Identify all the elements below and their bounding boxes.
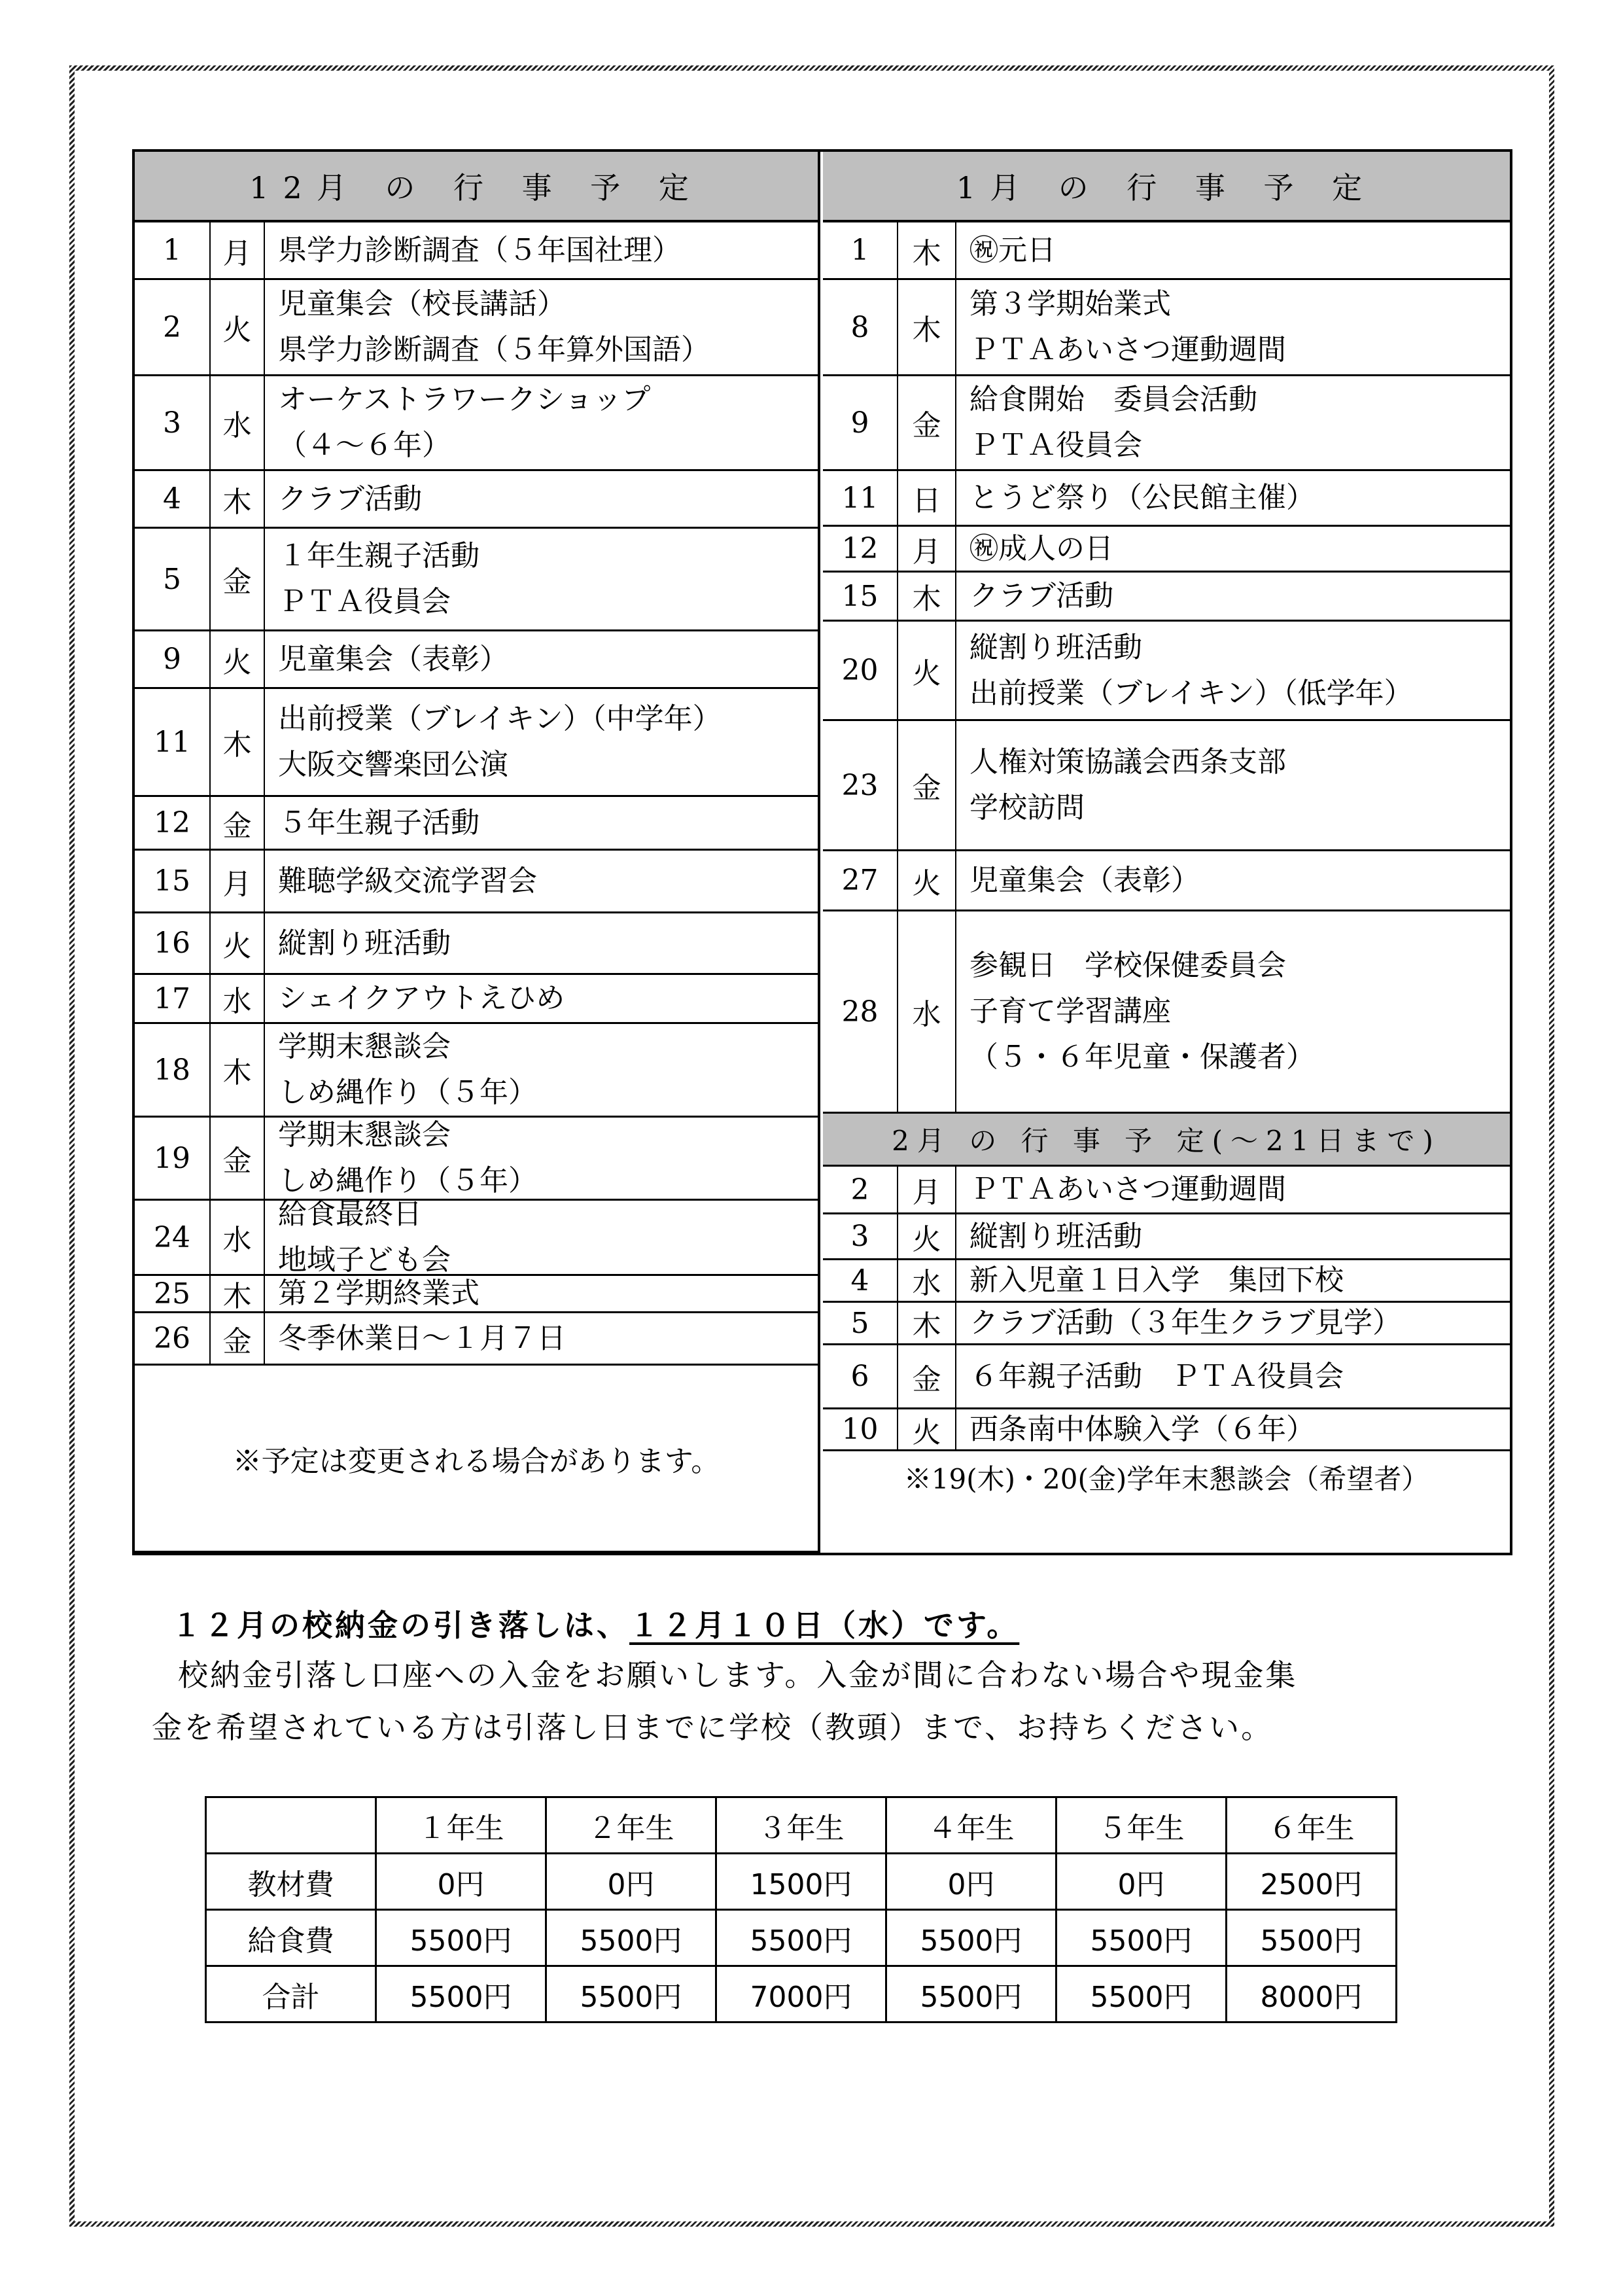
event-lines: 人権対策協議会西条支部学校訪問 bbox=[969, 739, 1286, 831]
event-description: 冬季休業日～１月７日 bbox=[265, 1313, 820, 1366]
event-weekday: 木 bbox=[211, 471, 265, 529]
event-lines: 第３学期始業式ＰＴＡあいさつ運動週間 bbox=[969, 281, 1286, 373]
event-line: ＰＴＡ役員会 bbox=[969, 423, 1257, 468]
event-lines: 給食最終日地域子ども会 bbox=[278, 1192, 451, 1283]
event-line: 児童集会（表彰） bbox=[969, 858, 1200, 904]
fee-cell: 5500円 bbox=[376, 1966, 546, 2022]
event-weekday: 火 bbox=[211, 631, 265, 689]
event-description: シェイクアウトえひめ bbox=[265, 975, 820, 1024]
event-line: 参観日 学校保健委員会 bbox=[969, 943, 1315, 989]
fee-cell: 1500円 bbox=[716, 1854, 886, 1910]
event-weekday: 日 bbox=[898, 471, 956, 527]
event-day: 19 bbox=[135, 1118, 211, 1201]
event-line: しめ縄作り（５年） bbox=[278, 1070, 537, 1116]
event-lines: 児童集会（表彰） bbox=[278, 637, 508, 682]
event-description: 縦割り班活動 bbox=[956, 1214, 1510, 1260]
event-line: 難聴学級交流学習会 bbox=[278, 858, 537, 904]
event-weekday: 月 bbox=[898, 1167, 956, 1214]
event-line: （５・６年児童・保護者） bbox=[969, 1034, 1315, 1080]
fee-row-materials: 教材費 0円 0円 1500円 0円 0円 2500円 bbox=[206, 1854, 1397, 1910]
event-day: 3 bbox=[823, 1214, 898, 1260]
event-description: ㊗成人の日 bbox=[956, 527, 1510, 573]
event-line: ＰＴＡ役員会 bbox=[278, 579, 480, 625]
event-day: 1 bbox=[823, 222, 898, 280]
event-day: 6 bbox=[823, 1345, 898, 1409]
event-description: 参観日 学校保健委員会子育て学習講座（５・６年児童・保護者） bbox=[956, 911, 1510, 1114]
fee-cell: 5500円 bbox=[886, 1966, 1056, 2022]
event-weekday: 月 bbox=[211, 851, 265, 913]
event-weekday: 木 bbox=[898, 573, 956, 622]
event-line: ＰＴＡあいさつ運動週間 bbox=[969, 1167, 1286, 1212]
event-day: 5 bbox=[823, 1303, 898, 1345]
event-lines: クラブ活動（３年生クラブ見学） bbox=[969, 1300, 1401, 1346]
event-day: 10 bbox=[823, 1409, 898, 1451]
event-weekday: 火 bbox=[898, 1409, 956, 1451]
fee-row-total: 合計 5500円 5500円 7000円 5500円 5500円 8000円 bbox=[206, 1966, 1397, 2022]
event-description: ６年親子活動 ＰＴＡ役員会 bbox=[956, 1345, 1510, 1409]
event-weekday: 木 bbox=[211, 1024, 265, 1118]
event-weekday: 木 bbox=[898, 280, 956, 376]
event-line: ㊗成人の日 bbox=[969, 526, 1113, 572]
event-line: 児童集会（表彰） bbox=[278, 637, 508, 682]
event-weekday: 木 bbox=[898, 222, 956, 280]
event-day: 9 bbox=[135, 631, 211, 689]
event-lines: 給食開始 委員会活動ＰＴＡ役員会 bbox=[969, 377, 1257, 468]
fee-header-grade-3: ３年生 bbox=[716, 1797, 886, 1854]
event-lines: 出前授業（ブレイキン）（中学年）大阪交響楽団公演 bbox=[278, 696, 722, 788]
event-line: 給食開始 委員会活動 bbox=[969, 377, 1257, 423]
event-weekday: 金 bbox=[898, 721, 956, 851]
event-lines: 新入児童１日入学 集団下校 bbox=[969, 1258, 1344, 1303]
event-lines: 参観日 学校保健委員会子育て学習講座（５・６年児童・保護者） bbox=[969, 943, 1315, 1080]
event-lines: ㊗元日 bbox=[969, 228, 1056, 274]
event-day: 18 bbox=[135, 1024, 211, 1118]
december-note: ※予定は変更される場合があります。 bbox=[135, 1366, 820, 1553]
event-line: 人権対策協議会西条支部 bbox=[969, 739, 1286, 785]
event-day: 20 bbox=[823, 622, 898, 721]
event-lines: １年生親子活動ＰＴＡ役員会 bbox=[278, 533, 480, 625]
event-line: 学期末懇談会 bbox=[278, 1024, 537, 1070]
event-description: 第２学期終業式 bbox=[265, 1276, 820, 1313]
event-day: 27 bbox=[823, 851, 898, 911]
event-weekday: 水 bbox=[211, 1201, 265, 1276]
event-description: 児童集会（表彰） bbox=[265, 631, 820, 689]
event-day: 11 bbox=[823, 471, 898, 527]
event-description: クラブ活動 bbox=[265, 471, 820, 529]
payment-paragraph-line-1: 校納金引落し口座への入金をお願いします。入金が間に合わない場合や現金集 bbox=[152, 1649, 1447, 1701]
event-day: 8 bbox=[823, 280, 898, 376]
event-description: 第３学期始業式ＰＴＡあいさつ運動週間 bbox=[956, 280, 1510, 376]
fee-header-grade-2: ２年生 bbox=[546, 1797, 716, 1854]
event-line: ５年生親子活動 bbox=[278, 800, 480, 846]
event-weekday: 水 bbox=[211, 975, 265, 1024]
fee-header-row: １年生 ２年生 ３年生 ４年生 ５年生 ６年生 bbox=[206, 1797, 1397, 1854]
fee-cell: 5500円 bbox=[716, 1910, 886, 1966]
event-weekday: 木 bbox=[211, 689, 265, 797]
event-line: 第２学期終業式 bbox=[278, 1271, 480, 1316]
event-day: 12 bbox=[823, 527, 898, 573]
event-line: 子育て学習講座 bbox=[969, 989, 1315, 1034]
fee-cell: 5500円 bbox=[376, 1910, 546, 1966]
event-lines: ５年生親子活動 bbox=[278, 800, 480, 846]
event-weekday: 水 bbox=[898, 1260, 956, 1303]
event-lines: 県学力診断調査（５年国社理） bbox=[278, 228, 681, 274]
event-weekday: 金 bbox=[898, 1345, 956, 1409]
event-description: 西条南中体験入学（６年） bbox=[956, 1409, 1510, 1451]
event-description: ㊗元日 bbox=[956, 222, 1510, 280]
fee-header-grade-1: １年生 bbox=[376, 1797, 546, 1854]
february-note: ※19(木)・20(金)学年末懇談会（希望者） bbox=[823, 1451, 1510, 1553]
fee-cell: 8000円 bbox=[1227, 1966, 1397, 2022]
event-lines: 学期末懇談会しめ縄作り（５年） bbox=[278, 1024, 537, 1116]
fee-cell: 5500円 bbox=[886, 1910, 1056, 1966]
event-line: 大阪交響楽団公演 bbox=[278, 742, 722, 788]
event-description: 児童集会（校長講話）県学力診断調査（５年算外国語） bbox=[265, 280, 820, 376]
event-day: 16 bbox=[135, 913, 211, 975]
event-day: 9 bbox=[823, 376, 898, 471]
event-day: 24 bbox=[135, 1201, 211, 1276]
event-weekday: 月 bbox=[211, 222, 265, 280]
event-line: 出前授業（ブレイキン）（低学年） bbox=[969, 671, 1413, 716]
fee-cell: 0円 bbox=[546, 1854, 716, 1910]
fee-cell: 5500円 bbox=[1227, 1910, 1397, 1966]
event-line: 縦割り班活動 bbox=[969, 625, 1413, 671]
event-weekday: 火 bbox=[898, 851, 956, 911]
event-lines: ６年親子活動 ＰＴＡ役員会 bbox=[969, 1354, 1344, 1400]
event-line: 学校訪問 bbox=[969, 785, 1286, 831]
event-description: オーケストラワークショップ（４～６年） bbox=[265, 376, 820, 471]
event-lines: オーケストラワークショップ（４～６年） bbox=[278, 377, 650, 468]
event-line: （４～６年） bbox=[278, 423, 650, 468]
fee-cell: 5500円 bbox=[546, 1966, 716, 2022]
event-lines: 冬季休業日～１月７日 bbox=[278, 1316, 566, 1362]
event-day: 11 bbox=[135, 689, 211, 797]
event-weekday: 木 bbox=[211, 1276, 265, 1313]
event-line: 学期末懇談会 bbox=[278, 1112, 537, 1158]
event-day: 12 bbox=[135, 797, 211, 851]
payment-due-date: １２月１０日（水）です。 bbox=[629, 1608, 1019, 1643]
event-weekday: 木 bbox=[898, 1303, 956, 1345]
event-line: 西条南中体験入学（６年） bbox=[969, 1407, 1315, 1453]
december-header: 12月 の 行 事 予 定 bbox=[135, 152, 820, 222]
event-weekday: 火 bbox=[211, 913, 265, 975]
event-day: 4 bbox=[823, 1260, 898, 1303]
fee-cell: 5500円 bbox=[1056, 1910, 1227, 1966]
event-description: 児童集会（表彰） bbox=[956, 851, 1510, 911]
event-day: 28 bbox=[823, 911, 898, 1114]
event-day: 17 bbox=[135, 975, 211, 1024]
event-description: １年生親子活動ＰＴＡ役員会 bbox=[265, 529, 820, 631]
event-lines: 第２学期終業式 bbox=[278, 1271, 480, 1316]
event-line: クラブ活動 bbox=[969, 573, 1113, 619]
event-line: 児童集会（校長講話） bbox=[278, 281, 710, 327]
event-day: 23 bbox=[823, 721, 898, 851]
event-weekday: 火 bbox=[211, 280, 265, 376]
fee-row-lunch: 給食費 5500円 5500円 5500円 5500円 5500円 5500円 bbox=[206, 1910, 1397, 1966]
event-description: 給食開始 委員会活動ＰＴＡ役員会 bbox=[956, 376, 1510, 471]
event-day: 3 bbox=[135, 376, 211, 471]
event-description: 給食最終日地域子ども会 bbox=[265, 1201, 820, 1276]
event-day: 1 bbox=[135, 222, 211, 280]
event-line: ＰＴＡあいさつ運動週間 bbox=[969, 327, 1286, 373]
event-lines: 児童集会（表彰） bbox=[969, 858, 1200, 904]
event-line: 縦割り班活動 bbox=[969, 1214, 1142, 1260]
event-description: クラブ活動 bbox=[956, 573, 1510, 622]
event-weekday: 金 bbox=[898, 376, 956, 471]
event-schedule-table: 12月 の 行 事 予 定1月 の 行 事 予 定1月県学力診断調査（５年国社理… bbox=[132, 149, 1512, 1555]
january-header: 1月 の 行 事 予 定 bbox=[823, 152, 1510, 222]
event-day: 5 bbox=[135, 529, 211, 631]
event-line: ㊗元日 bbox=[969, 228, 1056, 274]
fee-cell: 2500円 bbox=[1227, 1854, 1397, 1910]
event-lines: クラブ活動 bbox=[969, 573, 1113, 619]
event-line: とうど祭り（公民館主催） bbox=[969, 475, 1315, 521]
event-description: クラブ活動（３年生クラブ見学） bbox=[956, 1303, 1510, 1345]
event-day: 15 bbox=[823, 573, 898, 622]
event-lines: クラブ活動 bbox=[278, 476, 422, 522]
event-description: ＰＴＡあいさつ運動週間 bbox=[956, 1167, 1510, 1214]
event-line: オーケストラワークショップ bbox=[278, 377, 650, 423]
event-day: 2 bbox=[135, 280, 211, 376]
event-lines: とうど祭り（公民館主催） bbox=[969, 475, 1315, 521]
fee-header-corner bbox=[206, 1797, 376, 1854]
event-lines: シェイクアウトえひめ bbox=[278, 976, 565, 1021]
event-line: シェイクアウトえひめ bbox=[278, 976, 565, 1021]
event-lines: ㊗成人の日 bbox=[969, 526, 1113, 572]
payment-heading: １２月の校納金の引き落しは、１２月１０日（水）です。 bbox=[171, 1602, 1019, 1645]
event-weekday: 金 bbox=[211, 1118, 265, 1201]
event-description: 学期末懇談会しめ縄作り（５年） bbox=[265, 1118, 820, 1201]
event-lines: ＰＴＡあいさつ運動週間 bbox=[969, 1167, 1286, 1212]
event-lines: 難聴学級交流学習会 bbox=[278, 858, 537, 904]
event-weekday: 金 bbox=[211, 1313, 265, 1366]
event-line: １年生親子活動 bbox=[278, 533, 480, 579]
event-weekday: 水 bbox=[898, 911, 956, 1114]
event-line: 新入児童１日入学 集団下校 bbox=[969, 1258, 1344, 1303]
event-weekday: 火 bbox=[898, 622, 956, 721]
fee-table: １年生 ２年生 ３年生 ４年生 ５年生 ６年生 教材費 0円 0円 1500円 … bbox=[205, 1796, 1397, 2023]
event-description: 学期末懇談会しめ縄作り（５年） bbox=[265, 1024, 820, 1118]
event-line: クラブ活動（３年生クラブ見学） bbox=[969, 1300, 1401, 1346]
event-weekday: 火 bbox=[898, 1214, 956, 1260]
fee-header-grade-5: ５年生 bbox=[1056, 1797, 1227, 1854]
event-description: 県学力診断調査（５年国社理） bbox=[265, 222, 820, 280]
fee-header-grade-4: ４年生 bbox=[886, 1797, 1056, 1854]
february-header: 2月 の 行 事 予 定(～21日まで) bbox=[823, 1114, 1510, 1167]
event-weekday: 水 bbox=[211, 376, 265, 471]
fee-cell: 5500円 bbox=[1056, 1966, 1227, 2022]
event-line: 冬季休業日～１月７日 bbox=[278, 1316, 566, 1362]
fee-cell: 0円 bbox=[886, 1854, 1056, 1910]
fee-header-grade-6: ６年生 bbox=[1227, 1797, 1397, 1854]
payment-paragraph-line-2: 金を希望されている方は引落し日までに学校（教頭）まで、お持ちください。 bbox=[152, 1701, 1447, 1754]
event-day: 25 bbox=[135, 1276, 211, 1313]
event-day: 4 bbox=[135, 471, 211, 529]
event-description: 縦割り班活動出前授業（ブレイキン）（低学年） bbox=[956, 622, 1510, 721]
fee-row-label: 合計 bbox=[206, 1966, 376, 2022]
fee-cell: 0円 bbox=[1056, 1854, 1227, 1910]
event-description: 出前授業（ブレイキン）（中学年）大阪交響楽団公演 bbox=[265, 689, 820, 797]
event-line: クラブ活動 bbox=[278, 476, 422, 522]
fee-cell: 0円 bbox=[376, 1854, 546, 1910]
event-lines: 西条南中体験入学（６年） bbox=[969, 1407, 1315, 1453]
event-weekday: 月 bbox=[898, 527, 956, 573]
event-lines: 縦割り班活動出前授業（ブレイキン）（低学年） bbox=[969, 625, 1413, 716]
fee-cell: 5500円 bbox=[546, 1910, 716, 1966]
event-lines: 学期末懇談会しめ縄作り（５年） bbox=[278, 1112, 537, 1204]
event-line: 出前授業（ブレイキン）（中学年） bbox=[278, 696, 722, 742]
event-lines: 縦割り班活動 bbox=[278, 921, 451, 966]
event-description: 人権対策協議会西条支部学校訪問 bbox=[956, 721, 1510, 851]
event-line: 県学力診断調査（５年算外国語） bbox=[278, 327, 710, 373]
event-line: 縦割り班活動 bbox=[278, 921, 451, 966]
fee-cell: 7000円 bbox=[716, 1966, 886, 2022]
event-lines: 縦割り班活動 bbox=[969, 1214, 1142, 1260]
event-lines: 児童集会（校長講話）県学力診断調査（５年算外国語） bbox=[278, 281, 710, 373]
event-description: 新入児童１日入学 集団下校 bbox=[956, 1260, 1510, 1303]
fee-row-label: 教材費 bbox=[206, 1854, 376, 1910]
event-line: 第３学期始業式 bbox=[969, 281, 1286, 327]
event-description: ５年生親子活動 bbox=[265, 797, 820, 851]
event-line: ６年親子活動 ＰＴＡ役員会 bbox=[969, 1354, 1344, 1400]
fee-row-label: 給食費 bbox=[206, 1910, 376, 1966]
event-description: 難聴学級交流学習会 bbox=[265, 851, 820, 913]
event-line: 県学力診断調査（５年国社理） bbox=[278, 228, 681, 274]
event-description: 縦割り班活動 bbox=[265, 913, 820, 975]
payment-paragraph: 校納金引落し口座への入金をお願いします。入金が間に合わない場合や現金集 金を希望… bbox=[152, 1649, 1447, 1754]
event-day: 2 bbox=[823, 1167, 898, 1214]
event-weekday: 金 bbox=[211, 797, 265, 851]
event-weekday: 金 bbox=[211, 529, 265, 631]
event-description: とうど祭り（公民館主催） bbox=[956, 471, 1510, 527]
event-line: 給食最終日 bbox=[278, 1192, 451, 1237]
event-day: 15 bbox=[135, 851, 211, 913]
event-day: 26 bbox=[135, 1313, 211, 1366]
payment-heading-prefix: １２月の校納金の引き落しは、 bbox=[171, 1608, 629, 1643]
